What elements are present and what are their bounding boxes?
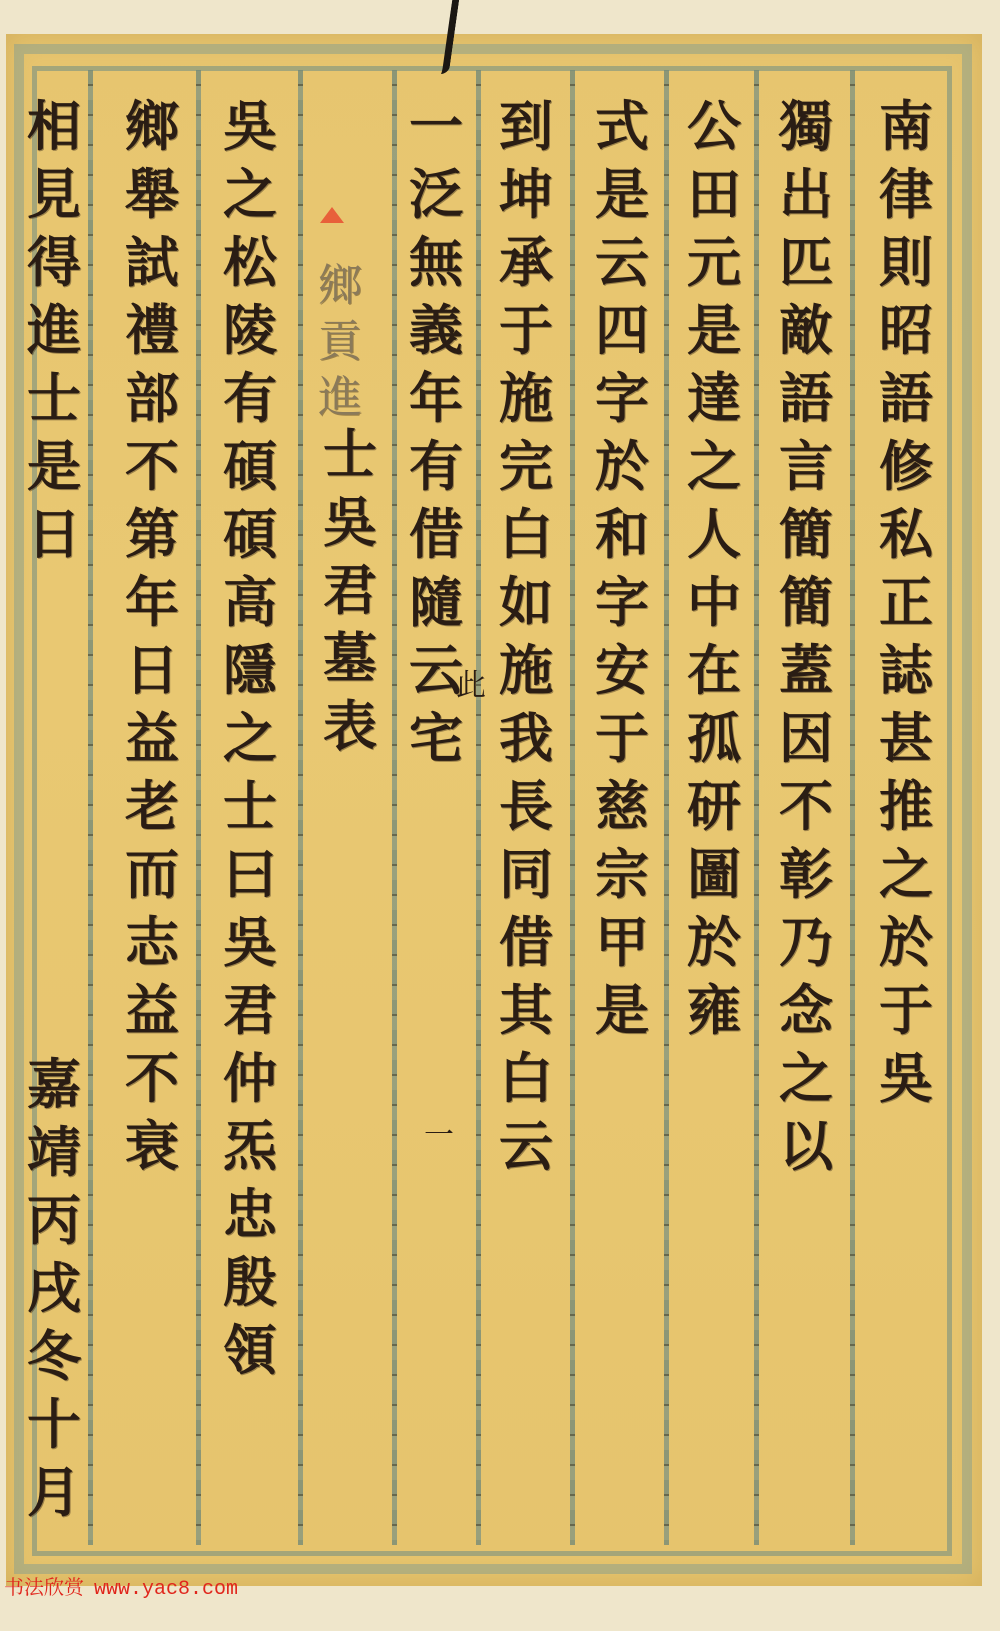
calligraphy-character: 獨: [779, 92, 833, 160]
column-rule: [196, 70, 201, 1545]
calligraphy-character: 乃: [779, 908, 833, 976]
calligraphy-character: 無: [409, 228, 463, 296]
text-column-3: 公田元是達之人中在孤研圖於雍: [674, 92, 754, 1044]
calligraphy-character: 式: [595, 92, 649, 160]
text-column-7: 士吳君墓表: [310, 420, 390, 760]
calligraphy-character: 曰: [223, 840, 277, 908]
calligraphy-character: 字: [595, 364, 649, 432]
calligraphy-character: 高: [223, 568, 277, 636]
calligraphy-character: 云: [409, 636, 463, 704]
calligraphy-character: 益: [125, 976, 179, 1044]
text-column-5: 到坤承于施完白如施我長同借其白云: [486, 92, 566, 1180]
calligraphy-character: 敵: [779, 296, 833, 364]
calligraphy-character: 是: [595, 160, 649, 228]
calligraphy-character: 私: [879, 500, 933, 568]
calligraphy-character: 第: [125, 500, 179, 568]
annotation-column: 鄉貢進: [300, 258, 380, 426]
calligraphy-character: 承: [499, 228, 553, 296]
text-column-10: 相見得進士是日: [14, 92, 94, 568]
calligraphy-character: 貢: [318, 314, 362, 370]
calligraphy-character: 於: [595, 432, 649, 500]
calligraphy-character: 試: [125, 228, 179, 296]
calligraphy-character: 是: [687, 296, 741, 364]
calligraphy-character: 之: [223, 160, 277, 228]
calligraphy-character: 田: [687, 160, 741, 228]
calligraphy-character: 見: [27, 160, 81, 228]
calligraphy-character: 孤: [687, 704, 741, 772]
calligraphy-character: 白: [499, 1044, 553, 1112]
calligraphy-character: 十: [27, 1390, 81, 1458]
calligraphy-character: 安: [595, 636, 649, 704]
calligraphy-character: 語: [879, 364, 933, 432]
calligraphy-character: 昭: [879, 296, 933, 364]
calligraphy-character: 簡: [779, 500, 833, 568]
calligraphy-character: 之: [879, 840, 933, 908]
calligraphy-character: 如: [499, 568, 553, 636]
calligraphy-character: 匹: [779, 228, 833, 296]
calligraphy-character: 蓋: [779, 636, 833, 704]
calligraphy-character: 隱: [223, 636, 277, 704]
calligraphy-character: 衰: [125, 1112, 179, 1180]
column-rule: [664, 70, 669, 1545]
calligraphy-character: 年: [125, 568, 179, 636]
calligraphy-character: 進: [318, 370, 362, 426]
calligraphy-character: 字: [595, 568, 649, 636]
calligraphy-character: 有: [409, 432, 463, 500]
calligraphy-character: 語: [779, 364, 833, 432]
calligraphy-character: 士: [223, 772, 277, 840]
calligraphy-character: 同: [499, 840, 553, 908]
calligraphy-character: 一: [409, 92, 463, 160]
calligraphy-character: 仲: [223, 1044, 277, 1112]
calligraphy-character: 月: [27, 1458, 81, 1526]
calligraphy-character: 年: [409, 364, 463, 432]
calligraphy-character: 不: [779, 772, 833, 840]
calligraphy-character: 之: [779, 1044, 833, 1112]
calligraphy-character: 老: [125, 772, 179, 840]
calligraphy-character: 施: [499, 364, 553, 432]
red-seal-mark: [320, 207, 344, 223]
calligraphy-character: 宅: [409, 704, 463, 772]
calligraphy-character: 志: [125, 908, 179, 976]
calligraphy-character: 之: [687, 432, 741, 500]
column-rule: [754, 70, 759, 1545]
calligraphy-character: 于: [499, 296, 553, 364]
calligraphy-character: 不: [125, 432, 179, 500]
calligraphy-character: 日: [125, 636, 179, 704]
text-column-2: 獨出匹敵語言簡簡蓋因不彰乃念之以: [766, 92, 846, 1180]
calligraphy-character: 吳: [223, 92, 277, 160]
calligraphy-character: 出: [779, 160, 833, 228]
calligraphy-character: 冬: [27, 1322, 81, 1390]
calligraphy-character: 推: [879, 772, 933, 840]
text-column-9: 鄉舉試禮部不第年日益老而志益不衰: [112, 92, 192, 1180]
calligraphy-character: 吳: [879, 1044, 933, 1112]
calligraphy-character: 坤: [499, 160, 553, 228]
watermark-url[interactable]: www.yac8.com: [94, 1578, 238, 1601]
calligraphy-character: 施: [499, 636, 553, 704]
calligraphy-character: 是: [595, 976, 649, 1044]
calligraphy-character: 因: [779, 704, 833, 772]
calligraphy-character: 鄉: [125, 92, 179, 160]
calligraphy-character: 雍: [687, 976, 741, 1044]
calligraphy-character: 吳: [223, 908, 277, 976]
calligraphy-character: 陵: [223, 296, 277, 364]
calligraphy-character: 于: [879, 976, 933, 1044]
calligraphy-character: 舉: [125, 160, 179, 228]
calligraphy-character: 誌: [879, 636, 933, 704]
calligraphy-character: 元: [687, 228, 741, 296]
calligraphy-character: 公: [687, 92, 741, 160]
column-rule: [850, 70, 855, 1545]
calligraphy-character: 宗: [595, 840, 649, 908]
calligraphy-character: 於: [687, 908, 741, 976]
calligraphy-character: 甚: [879, 704, 933, 772]
calligraphy-character: 借: [409, 500, 463, 568]
calligraphy-character: 甲: [595, 908, 649, 976]
calligraphy-character: 言: [779, 432, 833, 500]
calligraphy-character: 則: [879, 228, 933, 296]
calligraphy-character: 南: [879, 92, 933, 160]
calligraphy-character: 云: [595, 228, 649, 296]
calligraphy-character: 隨: [409, 568, 463, 636]
calligraphy-character: 君: [223, 976, 277, 1044]
calligraphy-character: 而: [125, 840, 179, 908]
calligraphy-character: 圖: [687, 840, 741, 908]
calligraphy-character: 忠: [223, 1180, 277, 1248]
calligraphy-character: 靖: [27, 1118, 81, 1186]
calligraphy-character: 得: [27, 228, 81, 296]
calligraphy-character: 益: [125, 704, 179, 772]
calligraphy-character: 於: [879, 908, 933, 976]
calligraphy-character: 領: [223, 1316, 277, 1384]
calligraphy-character: 部: [125, 364, 179, 432]
calligraphy-character: 泛: [409, 160, 463, 228]
calligraphy-character: 戌: [27, 1254, 81, 1322]
calligraphy-character: 吳: [323, 488, 377, 556]
calligraphy-character: 達: [687, 364, 741, 432]
calligraphy-character: 彰: [779, 840, 833, 908]
calligraphy-character: 義: [409, 296, 463, 364]
calligraphy-character: 鄉: [318, 258, 362, 314]
calligraphy-character: 松: [223, 228, 277, 296]
calligraphy-character: 相: [27, 92, 81, 160]
text-column-8: 吳之松陵有碩碩高隱之士曰吳君仲炁忠殷領: [210, 92, 290, 1384]
calligraphy-character: 完: [499, 432, 553, 500]
calligraphy-character: 中: [687, 568, 741, 636]
calligraphy-character: 日: [27, 500, 81, 568]
calligraphy-character: 進: [27, 296, 81, 364]
calligraphy-character: 其: [499, 976, 553, 1044]
calligraphy-character: 碩: [223, 500, 277, 568]
watermark-label: 书法欣赏: [4, 1575, 84, 1599]
calligraphy-character: 慈: [595, 772, 649, 840]
calligraphy-character: 以: [779, 1112, 833, 1180]
column-rule: [570, 70, 575, 1545]
text-column-4: 式是云四字於和字安于慈宗甲是: [582, 92, 662, 1044]
calligraphy-character: 借: [499, 908, 553, 976]
calligraphy-character: 我: [499, 704, 553, 772]
calligraphy-character: 表: [323, 692, 377, 760]
calligraphy-character: 炁: [223, 1112, 277, 1180]
calligraphy-character: 禮: [125, 296, 179, 364]
calligraphy-character: 到: [499, 92, 553, 160]
calligraphy-character: 于: [595, 704, 649, 772]
calligraphy-character: 是: [27, 432, 81, 500]
calligraphy-character: 人: [687, 500, 741, 568]
calligraphy-character: 士: [323, 420, 377, 488]
date-column: 嘉靖丙戌冬十月: [14, 1050, 94, 1526]
calligraphy-character: 白: [499, 500, 553, 568]
calligraphy-character: 不: [125, 1044, 179, 1112]
calligraphy-character: 修: [879, 432, 933, 500]
calligraphy-character: 四: [595, 296, 649, 364]
calligraphy-character: 在: [687, 636, 741, 704]
marginal-note: 一: [424, 1110, 454, 1154]
calligraphy-character: 正: [879, 568, 933, 636]
calligraphy-character: 研: [687, 772, 741, 840]
calligraphy-character: 有: [223, 364, 277, 432]
calligraphy-character: 之: [223, 704, 277, 772]
calligraphy-character: 云: [499, 1112, 553, 1180]
calligraphy-character: 墓: [323, 624, 377, 692]
text-column-1: 南律則昭語修私正誌甚推之於于吳: [866, 92, 946, 1112]
calligraphy-character: 丙: [27, 1186, 81, 1254]
calligraphy-character: 長: [499, 772, 553, 840]
watermark: 书法欣赏www.yac8.com: [4, 1571, 238, 1601]
calligraphy-character: 碩: [223, 432, 277, 500]
calligraphy-character: 簡: [779, 568, 833, 636]
marginal-note: 此: [456, 660, 486, 704]
column-rule: [476, 70, 481, 1545]
calligraphy-character: 士: [27, 364, 81, 432]
calligraphy-character: 君: [323, 556, 377, 624]
calligraphy-character: 嘉: [27, 1050, 81, 1118]
calligraphy-character: 律: [879, 160, 933, 228]
calligraphy-character: 殷: [223, 1248, 277, 1316]
calligraphy-character: 和: [595, 500, 649, 568]
calligraphy-character: 念: [779, 976, 833, 1044]
